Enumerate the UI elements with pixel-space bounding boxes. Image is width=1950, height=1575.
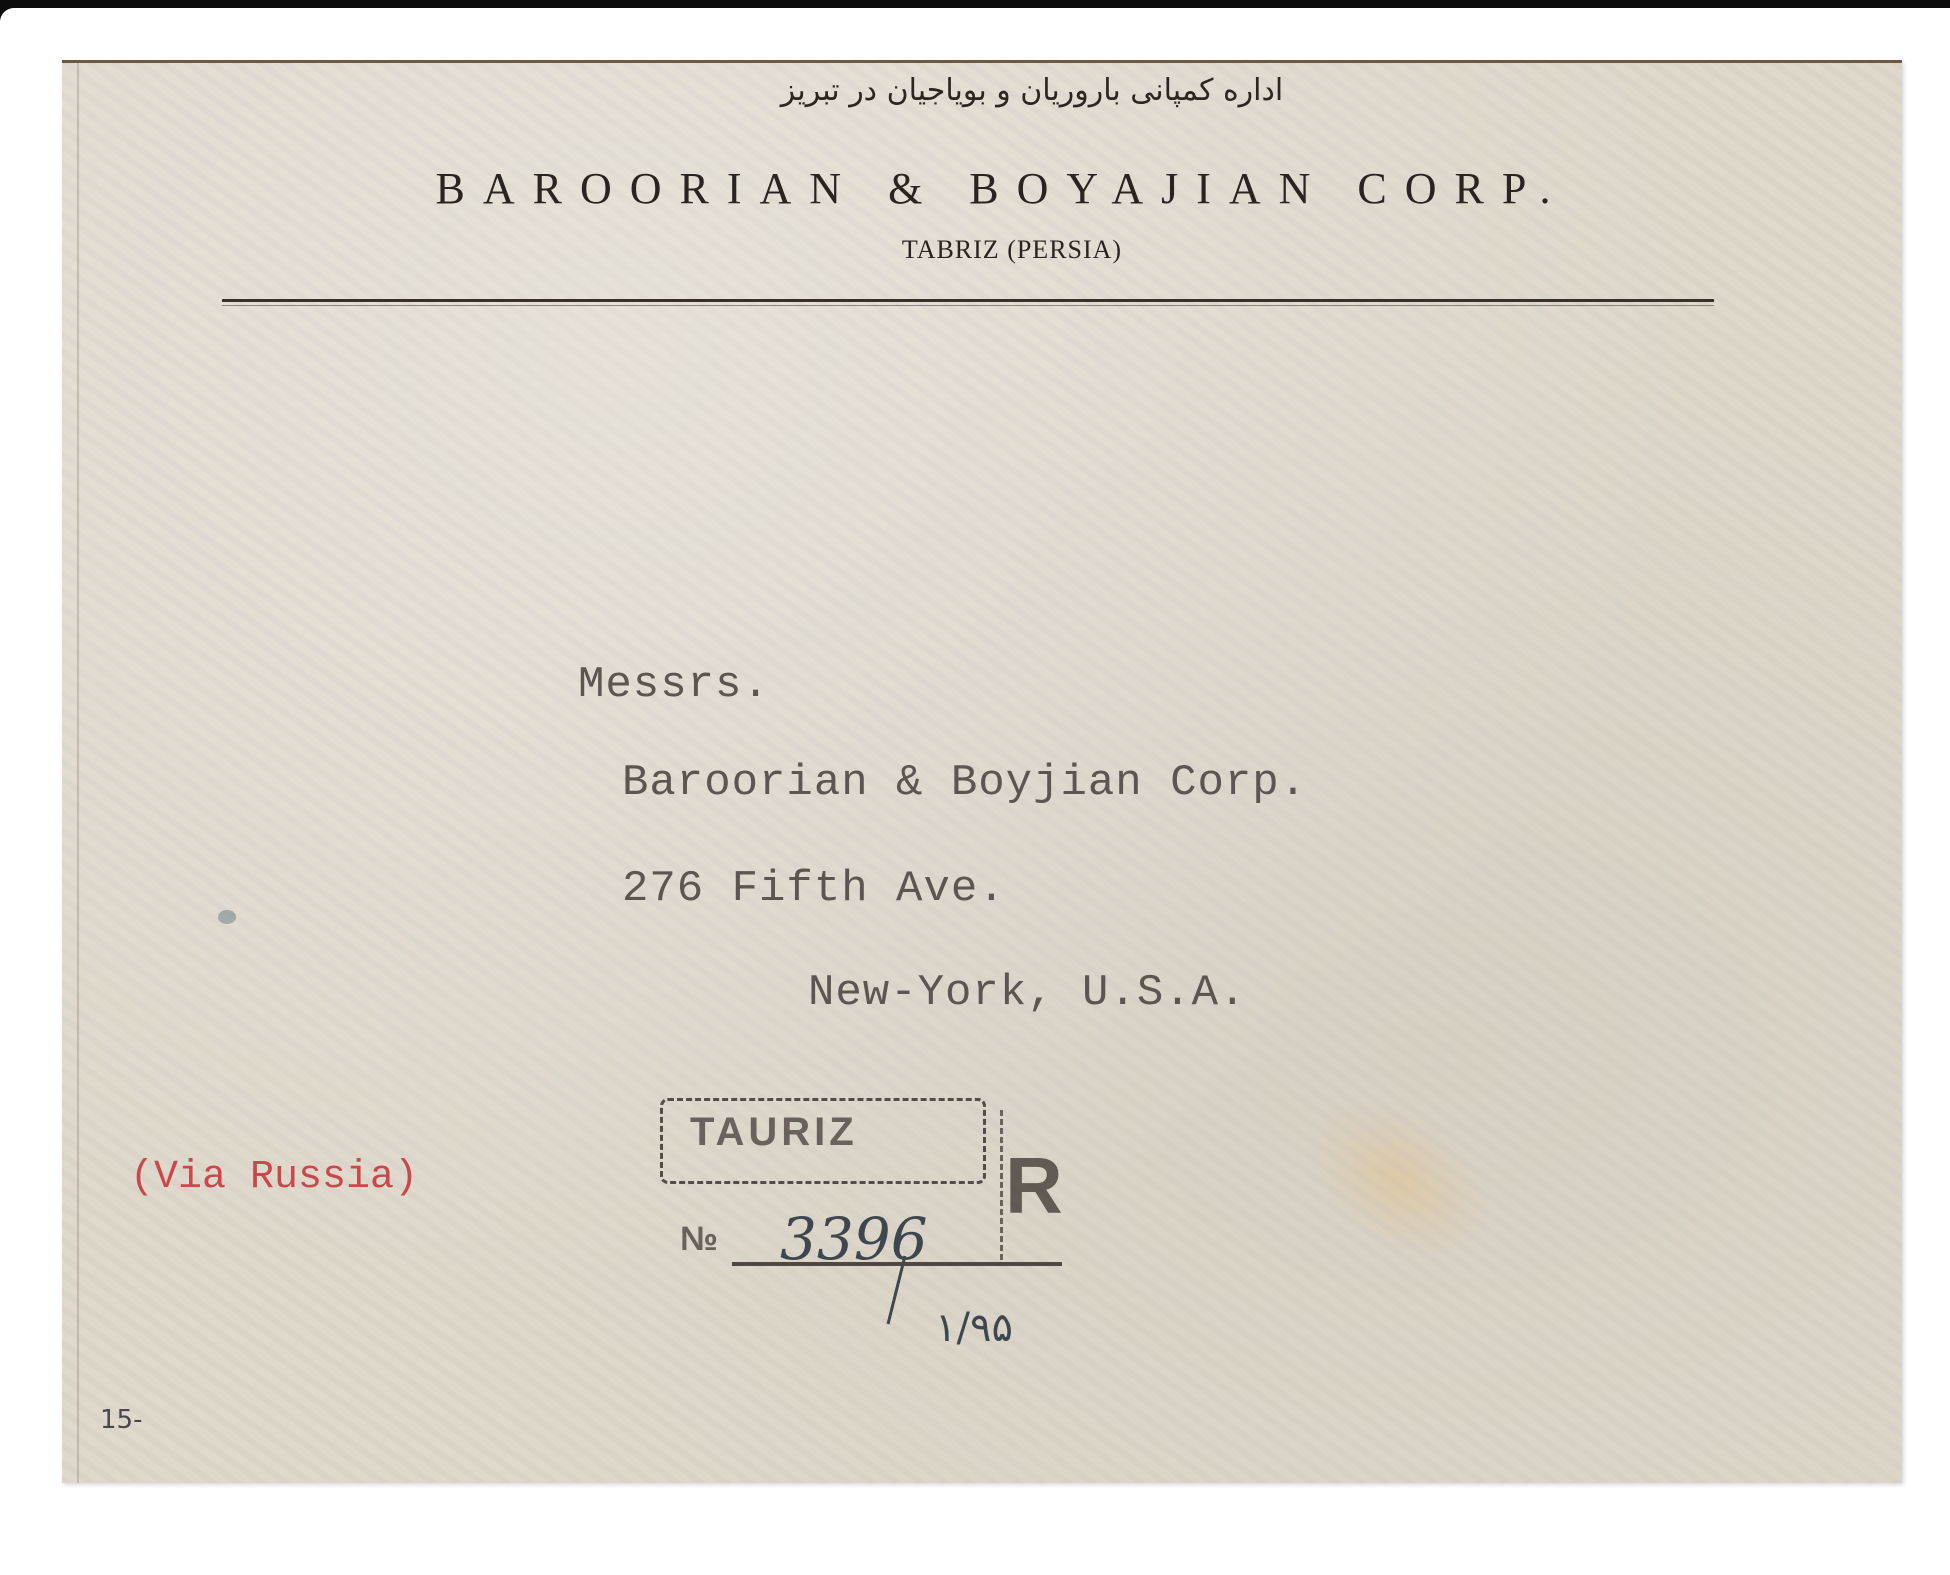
address-salutation: Messrs. bbox=[578, 660, 770, 710]
pencil-note: 15- bbox=[100, 1405, 142, 1435]
scan-top-border bbox=[0, 0, 1950, 8]
registration-letter: R bbox=[1005, 1140, 1063, 1232]
letterhead-location: TABRIZ (PERSIA) bbox=[622, 235, 1402, 265]
registration-underline bbox=[732, 1262, 1062, 1266]
letterhead-rule bbox=[222, 299, 1714, 302]
registration-number-prefix: № bbox=[680, 1220, 718, 1259]
address-street: 276 Fifth Ave. bbox=[622, 864, 1006, 914]
handwritten-fraction: ۱/۹۵ bbox=[935, 1305, 1013, 1351]
letterhead-company-name: BAROORIAN & BOYAJIAN CORP. bbox=[302, 163, 1702, 214]
letterhead-arabic: اداره کمپانی باروریان و بویاجیان در تبری… bbox=[622, 73, 1442, 108]
ink-spot bbox=[218, 910, 236, 924]
registration-town: TAURIZ bbox=[690, 1110, 858, 1155]
address-city: New-York, U.S.A. bbox=[808, 968, 1246, 1018]
letterhead-rule-secondary bbox=[222, 305, 1714, 306]
envelope-fold bbox=[77, 63, 79, 1483]
routing-note: (Via Russia) bbox=[130, 1155, 418, 1200]
scan-corner bbox=[0, 8, 14, 22]
address-recipient: Baroorian & Boyjian Corp. bbox=[622, 758, 1307, 808]
